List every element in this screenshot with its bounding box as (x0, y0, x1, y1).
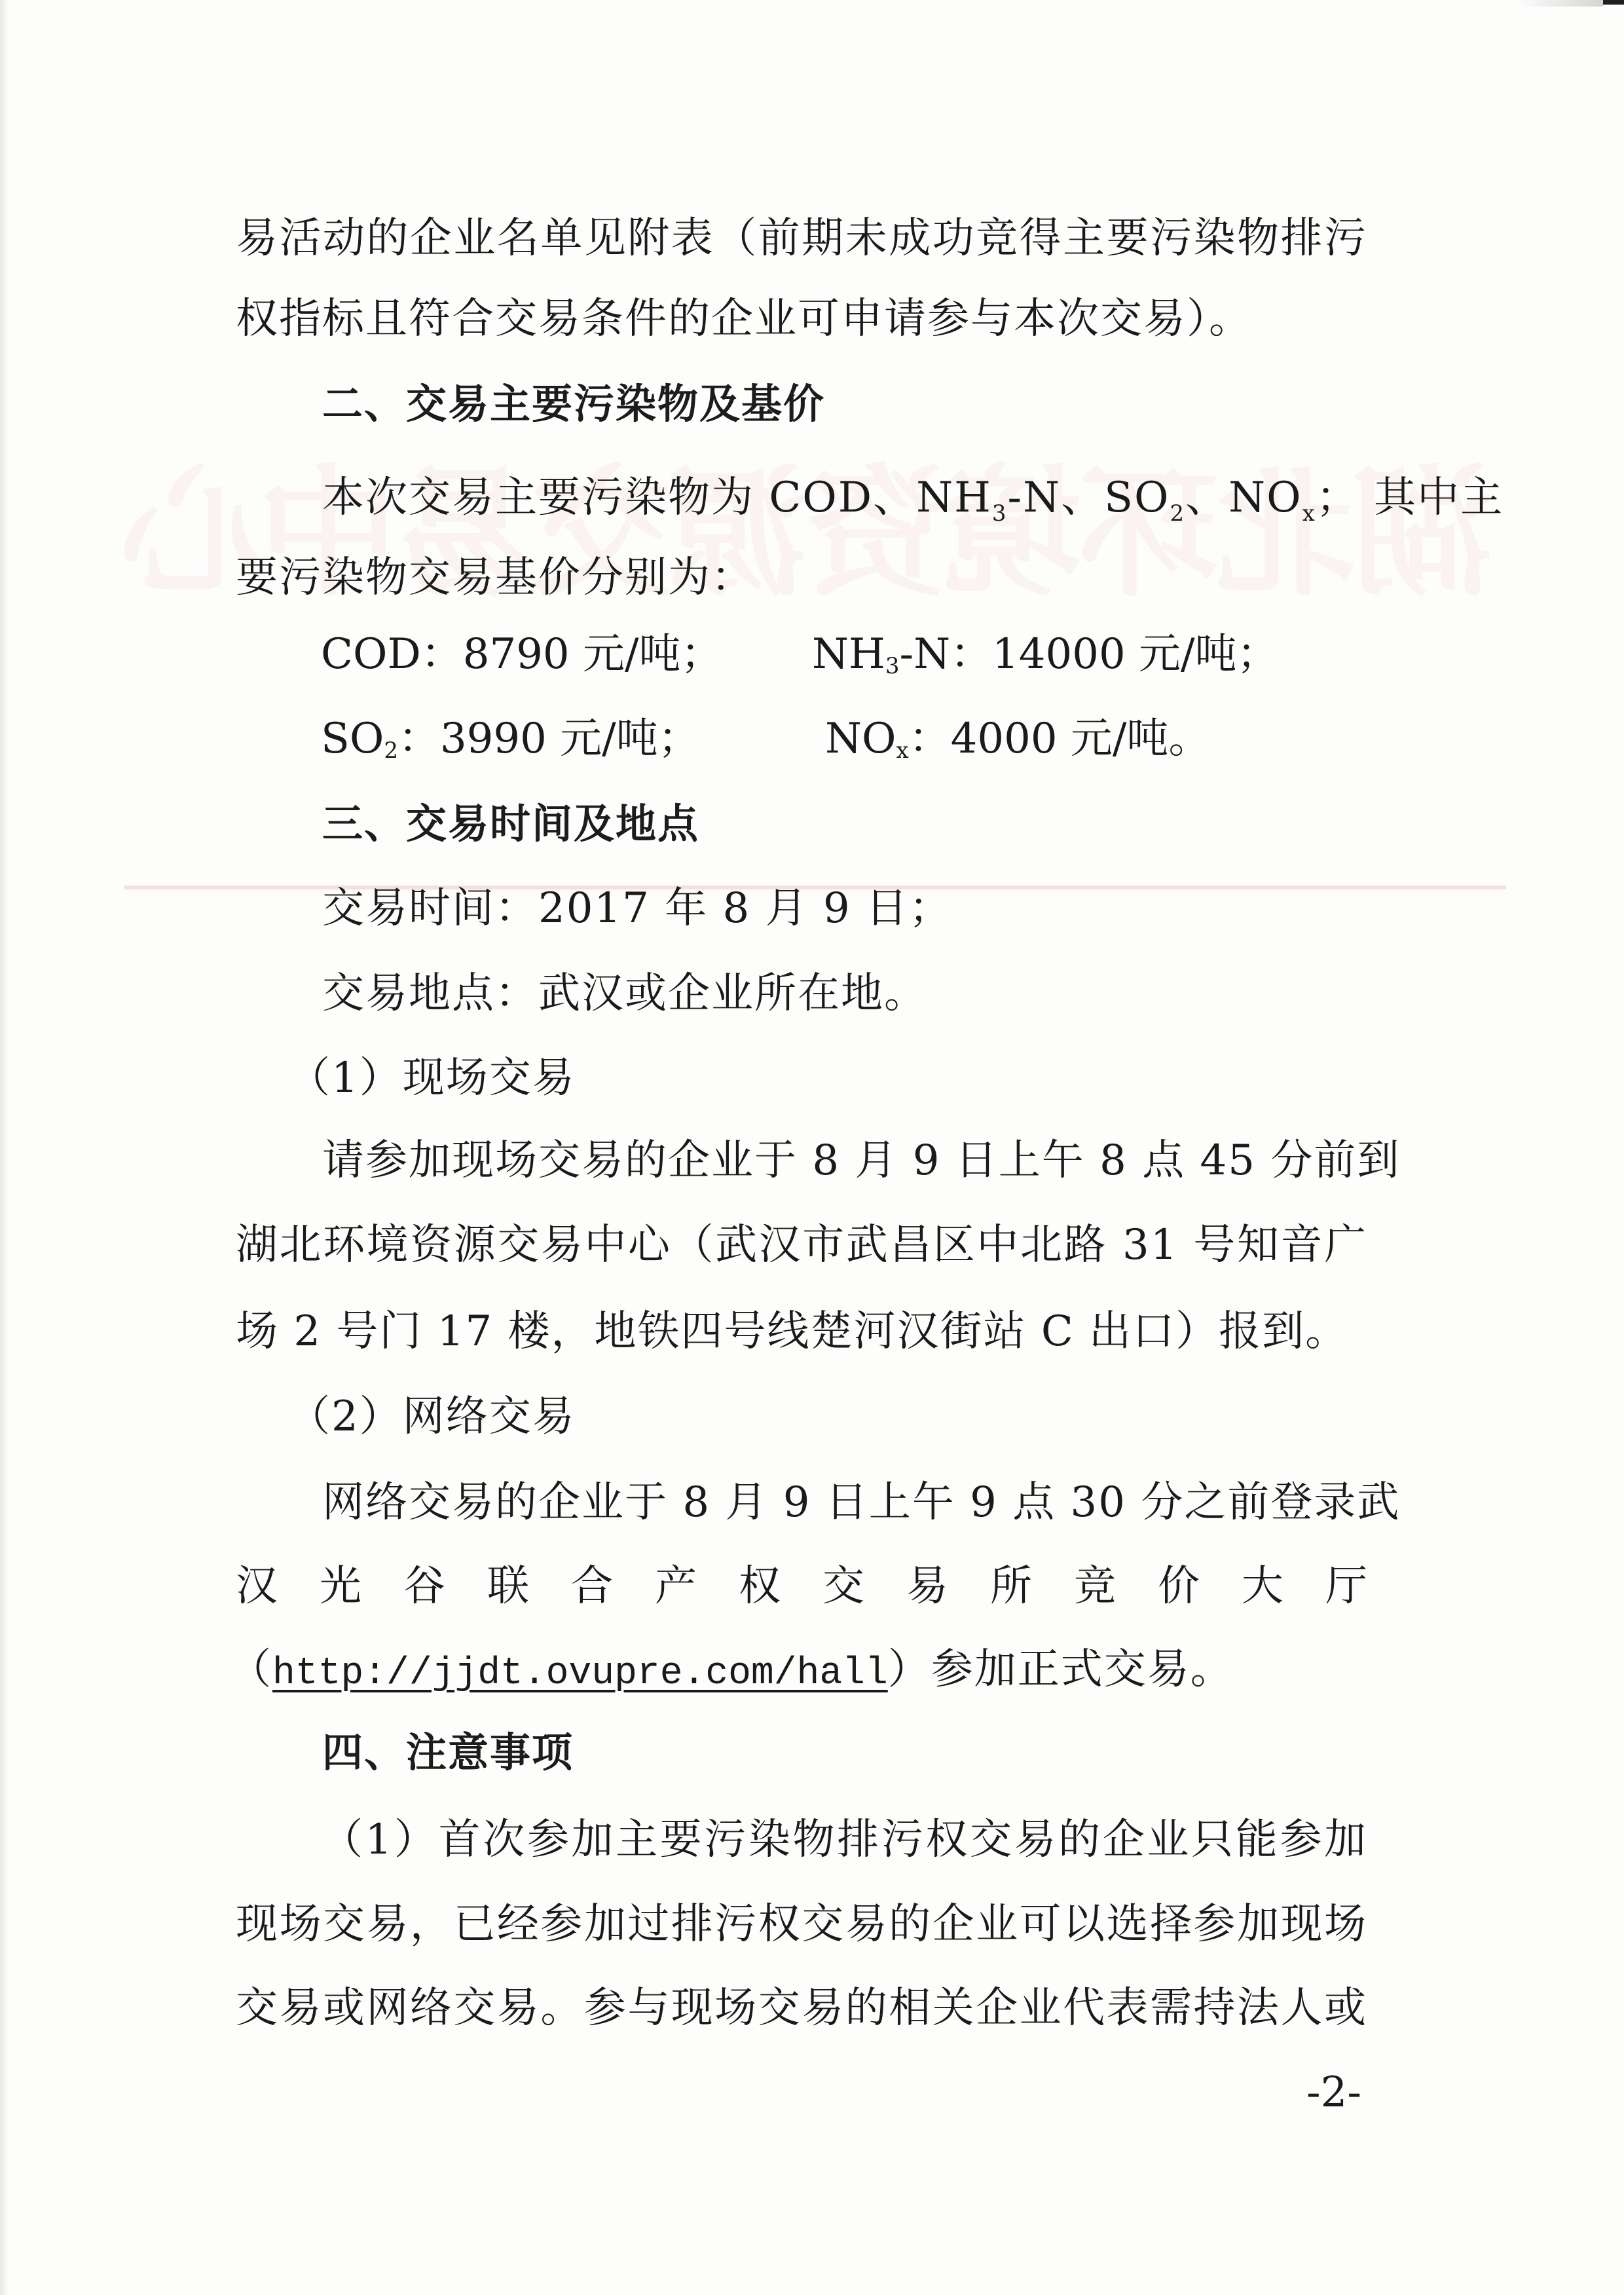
pollutants-text: ； 其中主 (1316, 474, 1504, 522)
price-unit: 元/吨 (560, 715, 658, 763)
onsite-line-1: 请参加现场交易的企业于 8 月 9 日上午 8 点 45 分前到 (322, 1131, 1367, 1190)
section-heading-notes: 四、注意事项 (322, 1723, 574, 1782)
price-nh3n: NH3-N：14000 元/吨； (812, 625, 1279, 684)
pollutants-text: 本次交易主要污染物为 COD、NH (322, 474, 992, 522)
online-line-3: （http://jjdt.ovupre.com/hall）参加正式交易。 (229, 1640, 1361, 1699)
price-label: SO (321, 715, 384, 763)
pollutants-text: -N、SO (1008, 474, 1170, 522)
paren-open: （ (229, 1645, 272, 1694)
price-value: 8790 (463, 630, 570, 679)
price-nox: NOx：4000 元/吨。 (825, 709, 1210, 768)
price-unit: 元/吨 (1071, 715, 1169, 763)
notes-item-1-line-2: 现场交易，已经参加过排污权交易的企业可以选择参加现场 (236, 1895, 1367, 1954)
price-label: NH (812, 630, 885, 679)
punctuation: ； (681, 630, 723, 679)
colon: ： (950, 630, 992, 679)
notes-item-1-line-1: （1）首次参加主要污染物排污权交易的企业只能参加 (321, 1810, 1367, 1869)
colon: ： (421, 630, 463, 679)
price-value: 3990 (440, 715, 547, 763)
subscript: 2 (1170, 500, 1185, 527)
punctuation: 。 (1168, 715, 1210, 763)
pollutants-paragraph-line-1: 本次交易主要污染物为 COD、NH3-N、SO2、NOx； 其中主 (322, 468, 1367, 527)
pollutants-text: 、NO (1185, 474, 1302, 522)
subscript: x (1302, 500, 1316, 527)
subscript: x (896, 737, 908, 764)
subscript: 3 (992, 500, 1008, 527)
scan-edge (0, 0, 9, 2295)
price-label: NO (825, 715, 896, 763)
onsite-line-2: 湖北环境资源交易中心（武汉市武昌区中北路 31 号知音广 (236, 1216, 1367, 1275)
subscript: 3 (885, 653, 900, 679)
price-unit: 元/吨 (1139, 630, 1237, 679)
price-cod: COD：8790 元/吨； (321, 625, 723, 684)
price-label: COD (321, 630, 421, 679)
onsite-line-3: 场 2 号门 17 楼，地铁四号线楚河汉街站 C 出口）报到。 (236, 1302, 1367, 1361)
subsection-online-title: （2）网络交易 (288, 1387, 1420, 1446)
price-value: 4000 (951, 715, 1058, 763)
subsection-onsite-title: （1）现场交易 (288, 1049, 1420, 1108)
online-line-1: 网络交易的企业于 8 月 9 日上午 9 点 30 分之前登录武 (322, 1473, 1367, 1532)
subscript: 2 (384, 737, 398, 764)
page-number: -2- (1306, 2063, 1361, 2122)
punctuation: ； (1237, 630, 1279, 679)
trade-place: 交易地点：武汉或企业所在地。 (322, 964, 1367, 1023)
price-so2: SO2：3990 元/吨； (321, 709, 700, 768)
price-label-suffix: -N (899, 630, 950, 679)
trade-time: 交易时间：2017 年 8 月 9 日； (322, 879, 1367, 938)
price-value: 14000 (992, 630, 1126, 679)
online-line-2: 汉光谷联合产权交易所竞价大厅 (236, 1557, 1367, 1616)
colon: ： (398, 715, 440, 763)
pollutants-paragraph-line-2: 要污染物交易基价分别为： (236, 548, 1367, 607)
price-unit: 元/吨 (583, 630, 681, 679)
section-heading-pollutants: 二、交易主要污染物及基价 (322, 375, 825, 434)
notes-item-1-line-3: 交易或网络交易。参与现场交易的相关企业代表需持法人或 (236, 1979, 1367, 2038)
colon: ： (909, 715, 951, 763)
intro-line-2: 权指标且符合交易条件的企业可申请参与本次交易）。 (236, 289, 1367, 348)
bidding-hall-link[interactable]: http://jjdt.ovupre.com/hall (272, 1652, 888, 1695)
section-heading-time-place: 三、交易时间及地点 (322, 794, 699, 853)
intro-line-1: 易活动的企业名单见附表（前期未成功竞得主要污染物排污 (236, 209, 1367, 268)
online-line-3-tail: ）参加正式交易。 (888, 1645, 1234, 1694)
punctuation: ； (658, 715, 700, 763)
scan-corner-mark (1603, 0, 1624, 5)
scan-corner-shade (1518, 0, 1603, 7)
